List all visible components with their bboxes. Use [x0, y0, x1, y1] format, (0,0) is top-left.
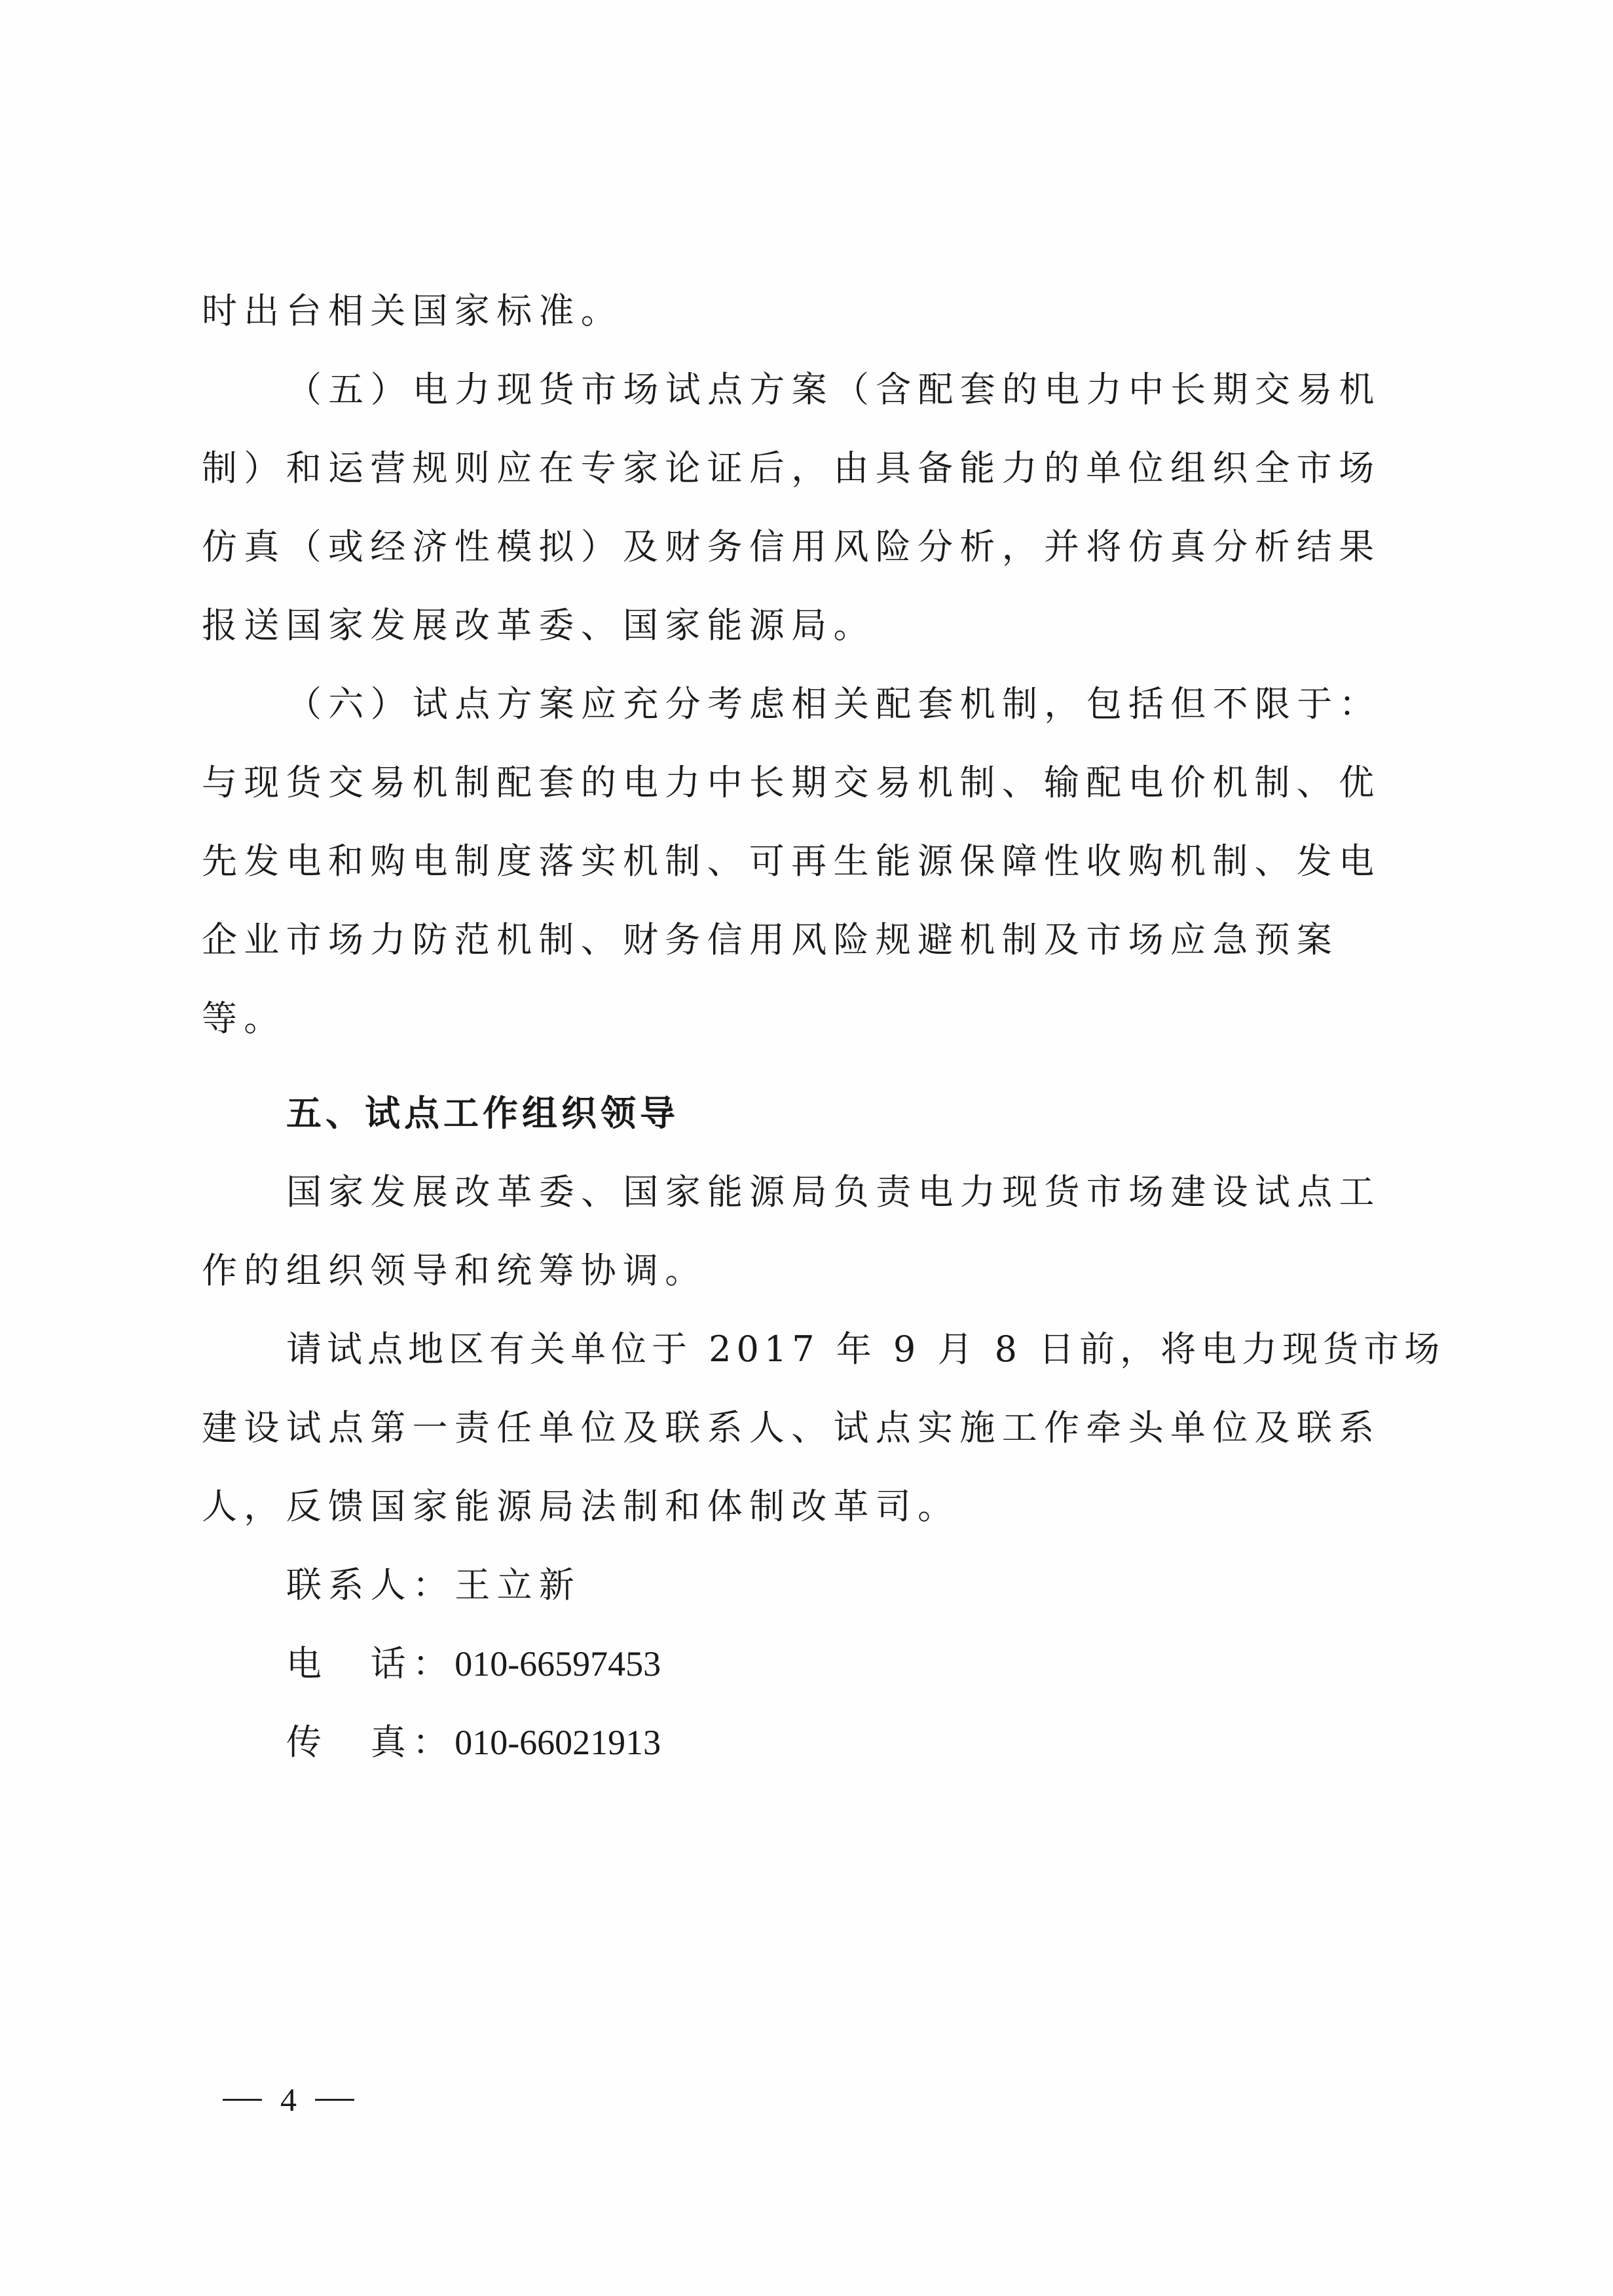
paragraph-line: 企业市场力防范机制、财务信用风险规避机制及市场应急预案 — [202, 917, 1394, 963]
paragraph-line: （五）电力现货市场试点方案（含配套的电力中长期交易机 — [286, 367, 1478, 413]
contact-fax-label: 传 真： — [286, 1722, 454, 1763]
contact-phone-number: 010-66597453 — [454, 1644, 661, 1684]
paragraph-line: 人，反馈国家能源局法制和体制改革司。 — [202, 1484, 1394, 1530]
paragraph-line: 制）和运营规则应在专家论证后，由具备能力的单位组织全市场 — [202, 445, 1394, 491]
paragraph-line: 报送国家发展改革委、国家能源局。 — [202, 603, 1394, 649]
contact-person: 联系人：王立新 — [286, 1562, 1478, 1608]
footer-dash-left — [223, 2099, 262, 2101]
paragraph-line: 等。 — [202, 996, 1394, 1042]
document-page: 时出台相关国家标准。 （五）电力现货市场试点方案（含配套的电力中长期交易机 制）… — [0, 0, 1613, 2296]
paragraph-line: （六）试点方案应充分考虑相关配套机制，包括但不限于： — [286, 681, 1478, 727]
contact-person-name: 王立新 — [454, 1564, 581, 1606]
paragraph-line: 与现货交易机制配套的电力中长期交易机制、输配电价机制、优 — [202, 760, 1394, 806]
paragraph-line: 仿真（或经济性模拟）及财务信用风险分析，并将仿真分析结果 — [202, 524, 1394, 570]
paragraph-line: 建设试点第一责任单位及联系人、试点实施工作牵头单位及联系 — [202, 1405, 1394, 1451]
page-number-footer: 4 — [223, 2080, 354, 2119]
paragraph-line: 请试点地区有关单位于 2017 年 9 月 8 日前，将电力现货市场 — [286, 1327, 1478, 1372]
paragraph-line: 作的组织领导和统筹协调。 — [202, 1248, 1394, 1294]
contact-phone-label: 电 话： — [286, 1643, 454, 1684]
contact-phone: 电 话：010-66597453 — [286, 1641, 1478, 1687]
section-heading: 五、试点工作组织领导 — [286, 1091, 1478, 1137]
paragraph-line: 时出台相关国家标准。 — [202, 288, 1394, 334]
page-number: 4 — [280, 2080, 297, 2119]
contact-fax: 传 真：010-66021913 — [286, 1720, 1478, 1765]
contact-person-label: 联系人： — [286, 1564, 454, 1606]
paragraph-line: 国家发展改革委、国家能源局负责电力现货市场建设试点工 — [286, 1169, 1478, 1215]
footer-dash-right — [315, 2099, 354, 2101]
paragraph-line: 先发电和购电制度落实机制、可再生能源保障性收购机制、发电 — [202, 838, 1394, 884]
contact-fax-number: 010-66021913 — [454, 1723, 661, 1762]
